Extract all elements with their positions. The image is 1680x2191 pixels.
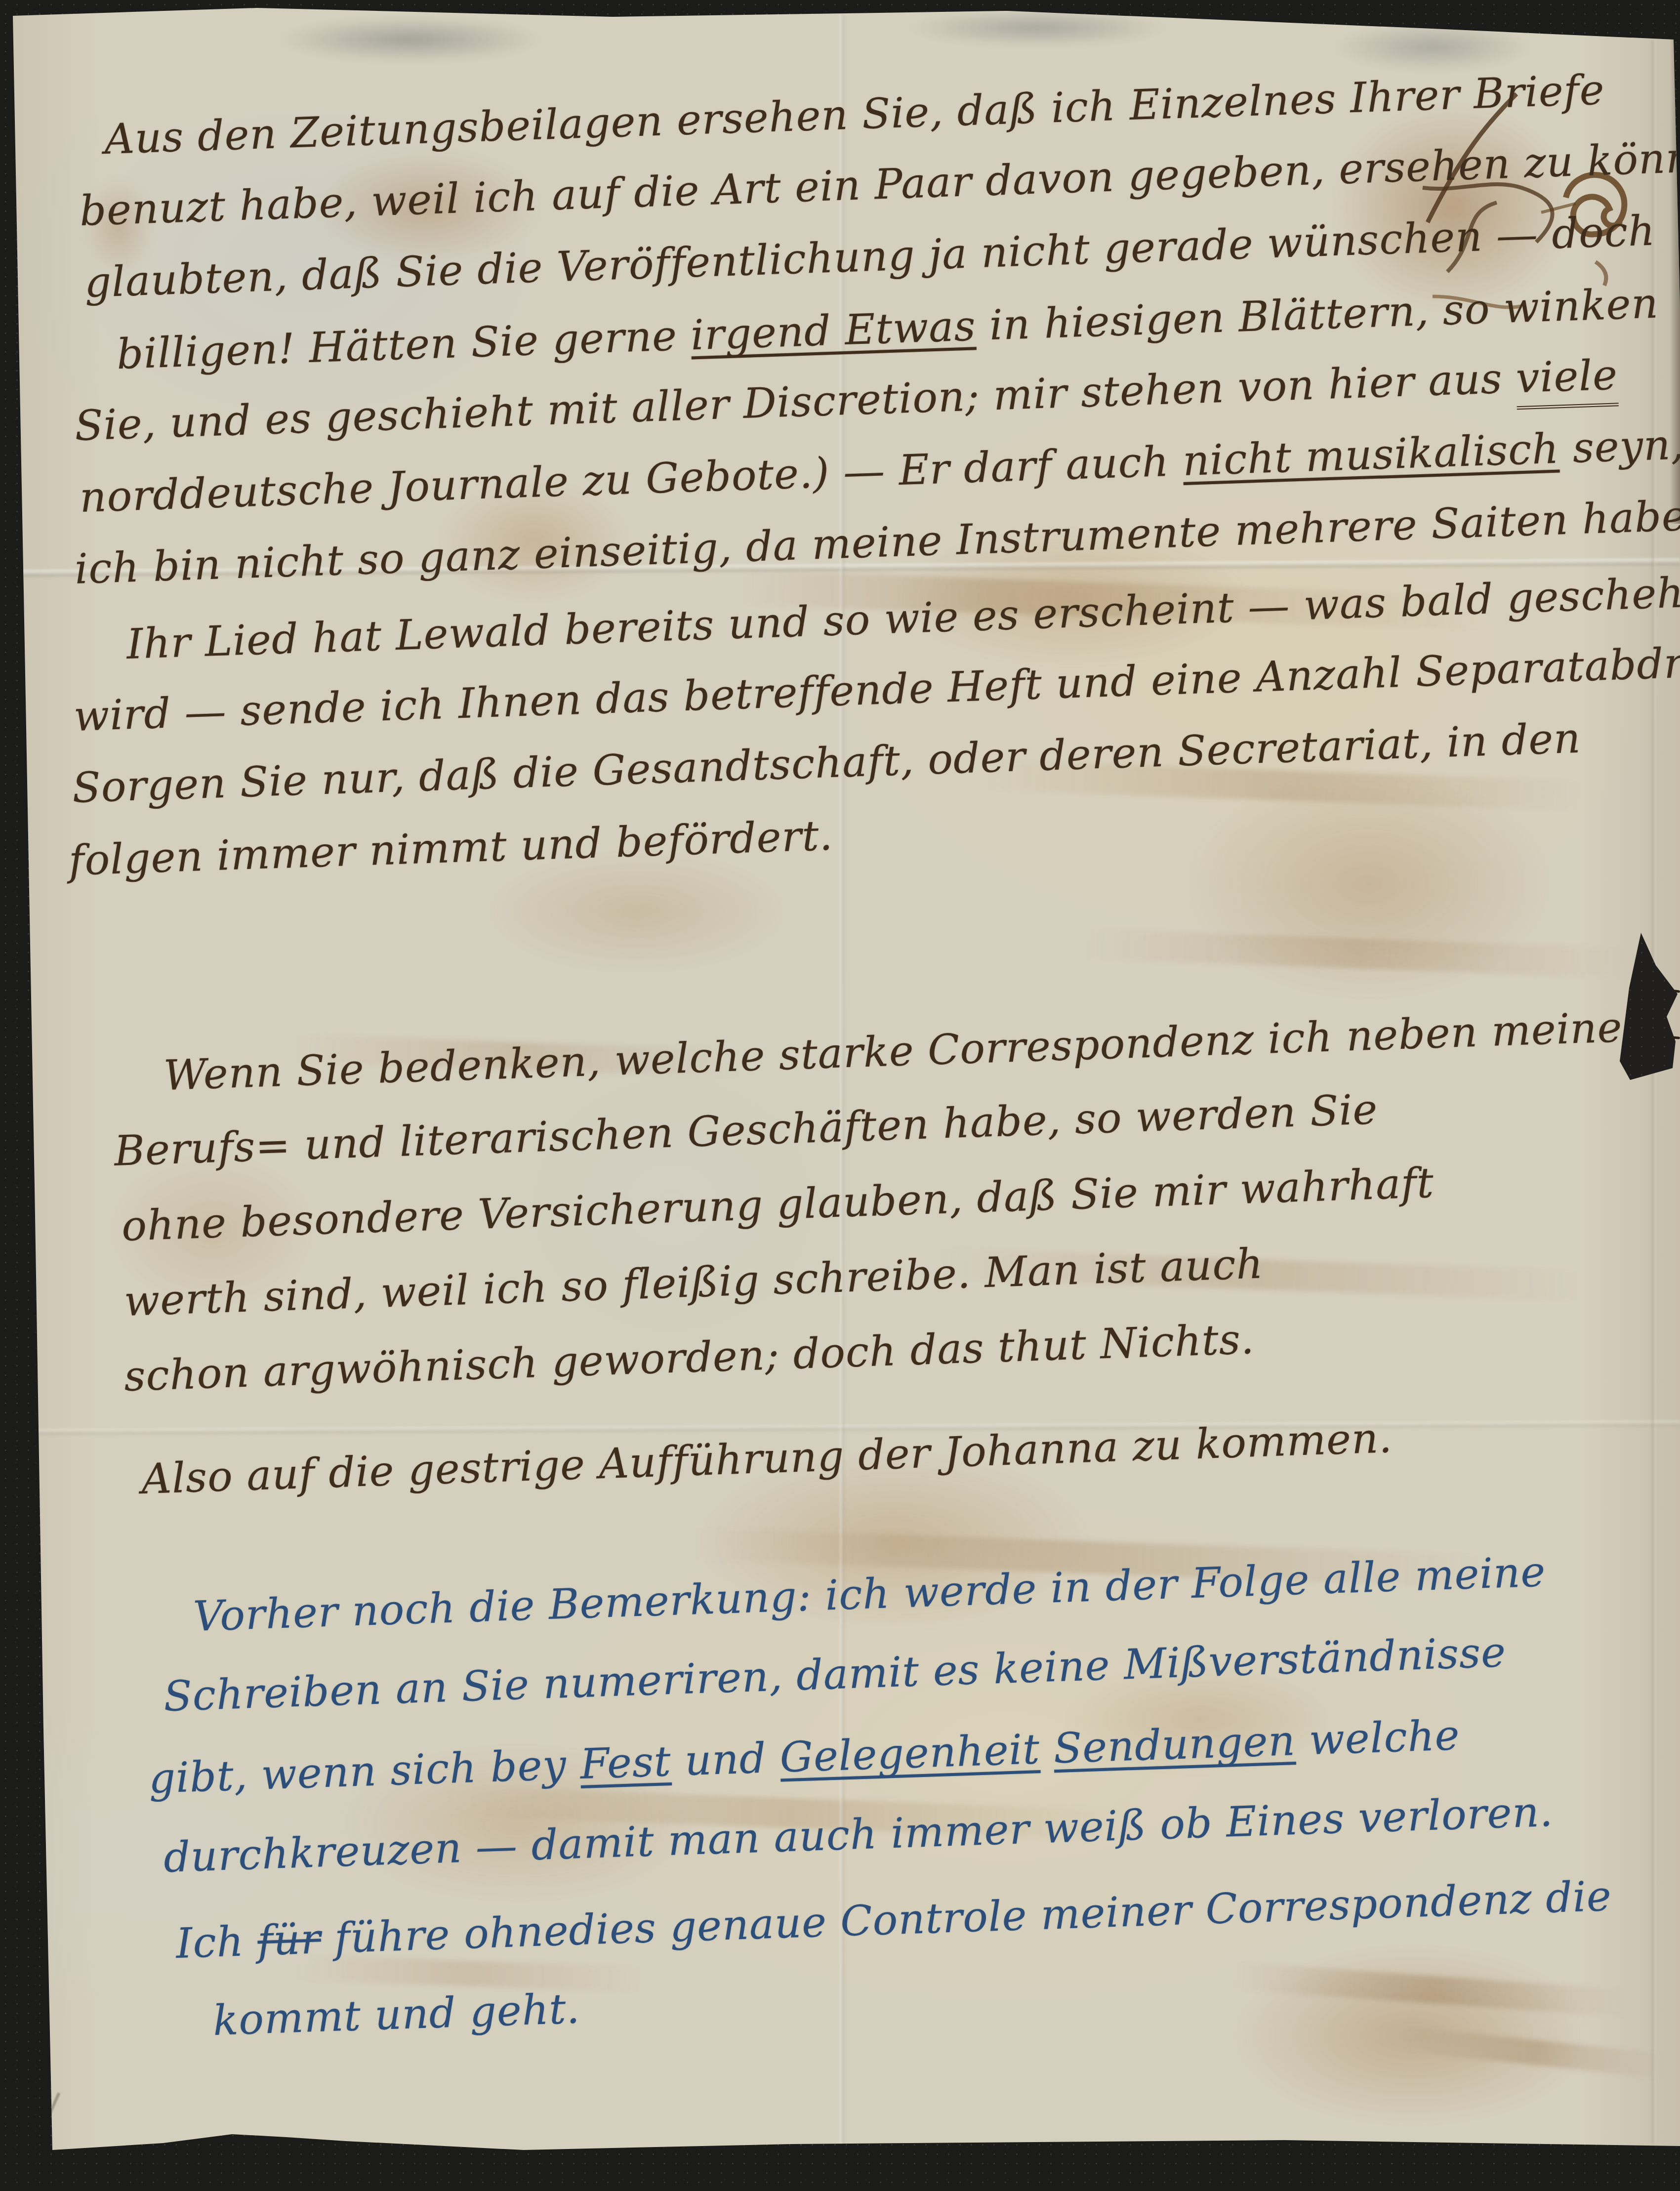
fold-crease-vertical (1652, 40, 1656, 2144)
text-segment: und (670, 1734, 781, 1785)
text-segment (1039, 1724, 1054, 1773)
underlined-text: irgend Etwas (690, 301, 977, 359)
struck-text: für (257, 1914, 322, 1965)
scanner-background: Aus den Zeitungsbeilagen ersehen Sie, da… (0, 0, 1680, 2191)
paper-edge-shadow (1670, 30, 1680, 524)
underlined-text: Sendungen (1053, 1716, 1296, 1773)
crumple-shadow (869, 3, 1205, 52)
letter-page: Aus den Zeitungsbeilagen ersehen Sie, da… (0, 0, 1680, 2191)
text-segment: welche (1295, 1711, 1461, 1765)
crumple-shadow (237, 10, 583, 69)
double-underlined-text: viele (1516, 350, 1619, 410)
text-segment: seyn, (1558, 420, 1680, 472)
underlined-text: Gelegenheit (779, 1725, 1040, 1781)
text-segment: Ich (175, 1917, 258, 1968)
underlined-text: Fest (579, 1737, 672, 1788)
handwritten-line: kommt und geht. (212, 1987, 580, 2041)
